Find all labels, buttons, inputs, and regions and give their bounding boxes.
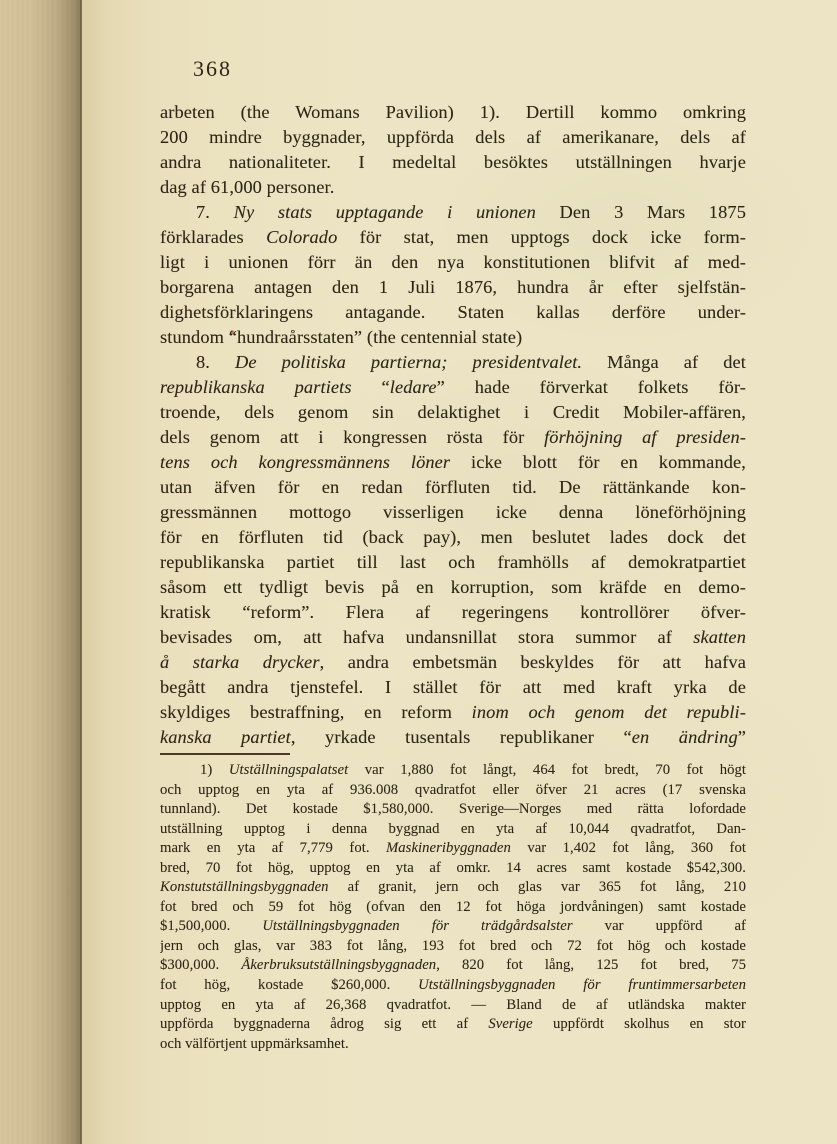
text-line: 1) Utställningspalatset var 1,880 fot lå… xyxy=(160,761,746,781)
text-segment: 7. xyxy=(196,202,234,222)
text-line: $300,000. Åkerbruksutställningsbyggnaden… xyxy=(160,956,746,976)
italic-text-segment: De politiska partierna; presidentvalet. xyxy=(235,352,582,372)
text-segment: , 820 fot lång, 125 fot bred, 75 xyxy=(436,957,746,973)
text-line: fot bred och 59 fot hög (ofvan den 12 fo… xyxy=(160,898,746,918)
text-segment: Den 3 Mars 1875 xyxy=(536,202,746,222)
italic-text-segment: tens och kongressmännens löner xyxy=(160,452,450,472)
text-line: 200 mindre byggnader, uppförda dels af a… xyxy=(160,125,746,150)
text-line: troende, dels genom sin delaktighet i Cr… xyxy=(160,400,746,425)
text-line: utställning upptog i denna byggnad en yt… xyxy=(160,820,746,840)
text-line: republikanska partiets “ledare” hade för… xyxy=(160,375,746,400)
text-line: andra nationaliteter. I medeltal besökte… xyxy=(160,150,746,175)
italic-text-segment: Utställningspalatset xyxy=(229,762,348,778)
text-line: jern och glas, var 383 fot lång, 193 fot… xyxy=(160,937,746,957)
text-line: utan äfven för en redan förfluten tid. D… xyxy=(160,475,746,500)
text-line: och upptog en yta af 936.008 qvadratfot … xyxy=(160,781,746,801)
text-line: såsom ett tydligt bevis på en korruption… xyxy=(160,575,746,600)
page-number: 368 xyxy=(193,56,232,82)
text-line: Konstutställningsbyggnaden af granit, je… xyxy=(160,878,746,898)
text-line: förklarades Colorado för stat, men uppto… xyxy=(160,225,746,250)
text-segment: Många af det xyxy=(582,352,746,372)
text-line: tens och kongressmännens löner icke blot… xyxy=(160,450,746,475)
italic-text-segment: Utställningsbyggnaden för trädgårdsalste… xyxy=(262,918,572,934)
text-segment: förklarades xyxy=(160,227,266,247)
text-segment: 200 mindre byggnader, uppförda dels af a… xyxy=(160,127,746,147)
text-segment: , yrkade tusentals republikaner “ xyxy=(291,727,632,747)
text-segment: uppfördt skolhus en stor xyxy=(533,1016,746,1032)
text-line: stundom “hundraårsstaten” (the centennia… xyxy=(160,325,746,350)
text-line: arbeten (the Womans Pavilion) 1). Dertil… xyxy=(160,100,746,125)
text-segment: dels genom att i kongressen rösta för xyxy=(160,427,544,447)
text-line: bred, 70 fot hög, upptog en yta af omkr.… xyxy=(160,859,746,879)
main-text-block: arbeten (the Womans Pavilion) 1). Dertil… xyxy=(160,100,746,750)
text-line: gressmännen mottogo visserligen icke den… xyxy=(160,500,746,525)
text-segment: för en förfluten tid (back pay), men bes… xyxy=(160,527,746,547)
footnote-block: 1) Utställningspalatset var 1,880 fot lå… xyxy=(160,761,746,1054)
text-segment: , andra embetsmän beskyldes för att hafv… xyxy=(320,652,746,672)
text-segment: tunnland). Det kostade $1,580,000. Sveri… xyxy=(160,801,746,817)
book-gutter-texture xyxy=(0,0,82,1144)
text-segment: dighetsförklaringens antagande. Staten k… xyxy=(160,302,746,322)
text-segment: kratisk “reform”. Flera af regeringens k… xyxy=(160,602,746,622)
text-line: dighetsförklaringens antagande. Staten k… xyxy=(160,300,746,325)
footnote-separator-rule xyxy=(160,753,290,755)
text-segment: andra nationaliteter. I medeltal besökte… xyxy=(160,152,746,172)
text-segment: ligt i unionen förr än den nya konstitut… xyxy=(160,252,746,272)
italic-text-segment: Sverige xyxy=(488,1016,532,1032)
text-line: tunnland). Det kostade $1,580,000. Sveri… xyxy=(160,800,746,820)
italic-text-segment: förhöjning af presiden- xyxy=(544,427,746,447)
text-segment: “ xyxy=(352,377,390,397)
italic-text-segment: en ändring xyxy=(632,727,738,747)
text-segment: borgarena antagen den 1 Juli 1876, hundr… xyxy=(160,277,746,297)
text-line: bevisades om, att hafva undansnillat sto… xyxy=(160,625,746,650)
text-line: kanska partiet, yrkade tusentals republi… xyxy=(160,725,746,750)
italic-text-segment: å starka drycker xyxy=(160,652,320,672)
italic-text-segment: kanska partiet xyxy=(160,727,291,747)
text-segment: mark en yta af 7,779 fot. xyxy=(160,840,386,856)
text-segment: utan äfven för en redan förfluten tid. D… xyxy=(160,477,746,497)
text-segment: stundom “hundraårsstaten” (the centennia… xyxy=(160,327,522,347)
text-segment: fot bred och 59 fot hög (ofvan den 12 fo… xyxy=(160,899,746,915)
text-line: dag af 61,000 personer. xyxy=(160,175,746,200)
text-segment: bevisades om, att hafva undansnillat sto… xyxy=(160,627,693,647)
text-segment: $1,500,000. xyxy=(160,918,262,934)
italic-text-segment: Ny stats upptagande i unionen xyxy=(234,202,536,222)
text-segment: uppförda byggnaderna ådrog sig ett af xyxy=(160,1016,488,1032)
book-page-scan: 368 arbeten (the Womans Pavilion) 1). De… xyxy=(0,0,837,1144)
text-line: å starka drycker, andra embetsmän beskyl… xyxy=(160,650,746,675)
text-segment: 8. xyxy=(196,352,235,372)
text-segment: och välförtjent uppmärksamhet. xyxy=(160,1036,349,1052)
italic-text-segment: skatten xyxy=(693,627,746,647)
text-segment: utställning upptog i denna byggnad en yt… xyxy=(160,821,746,837)
text-segment: icke blott för en kommande, xyxy=(450,452,746,472)
text-line: dels genom att i kongressen rösta för fö… xyxy=(160,425,746,450)
text-segment: var 1,402 fot lång, 360 fot xyxy=(511,840,746,856)
text-segment: fot hög, kostade $260,000. xyxy=(160,977,418,993)
text-line: för en förfluten tid (back pay), men bes… xyxy=(160,525,746,550)
italic-text-segment: republikanska partiets xyxy=(160,377,352,397)
text-segment: jern och glas, var 383 fot lång, 193 fot… xyxy=(160,938,746,954)
text-segment: bred, 70 fot hög, upptog en yta af omkr.… xyxy=(160,860,746,876)
text-line: uppförda byggnaderna ådrog sig ett af Sv… xyxy=(160,1015,746,1035)
text-segment: för stat, men upptogs dock icke form- xyxy=(337,227,746,247)
text-line: och välförtjent uppmärksamhet. xyxy=(160,1035,746,1055)
text-segment: skyldiges bestraffning, en reform xyxy=(160,702,472,722)
text-line: skyldiges bestraffning, en reform inom o… xyxy=(160,700,746,725)
text-line: borgarena antagen den 1 Juli 1876, hundr… xyxy=(160,275,746,300)
text-segment: ” xyxy=(738,727,746,747)
text-segment: upptog en yta af 26,368 qvadratfot. — Bl… xyxy=(160,997,746,1013)
italic-text-segment: Colorado xyxy=(266,227,337,247)
page-surface: 368 arbeten (the Womans Pavilion) 1). De… xyxy=(82,0,837,1144)
text-segment: begått andra tjenstefel. I stället för a… xyxy=(160,677,746,697)
italic-text-segment: ledare xyxy=(390,377,437,397)
text-segment: $300,000. xyxy=(160,957,241,973)
text-segment: af granit, jern och glas var 365 fot lån… xyxy=(329,879,746,895)
text-segment: var 1,880 fot långt, 464 fot bredt, 70 f… xyxy=(348,762,746,778)
text-segment: och upptog en yta af 936.008 qvadratfot … xyxy=(160,782,746,798)
text-line: fot hög, kostade $260,000. Utställningsb… xyxy=(160,976,746,996)
italic-text-segment: Utställningsbyggnaden för fruntimmersarb… xyxy=(418,977,746,993)
text-segment: arbeten (the Womans Pavilion) 1). Dertil… xyxy=(160,102,746,122)
text-segment: troende, dels genom sin delaktighet i Cr… xyxy=(160,402,746,422)
text-line: 8. De politiska partierna; presidentvale… xyxy=(160,350,746,375)
text-line: upptog en yta af 26,368 qvadratfot. — Bl… xyxy=(160,996,746,1016)
text-line: begått andra tjenstefel. I stället för a… xyxy=(160,675,746,700)
text-line: $1,500,000. Utställningsbyggnaden för tr… xyxy=(160,917,746,937)
italic-text-segment: Åkerbruksutställningsbyggnaden xyxy=(241,957,436,973)
text-segment: 1) xyxy=(200,762,229,778)
text-line: kratisk “reform”. Flera af regeringens k… xyxy=(160,600,746,625)
text-line: 7. Ny stats upptagande i unionen Den 3 M… xyxy=(160,200,746,225)
text-segment: såsom ett tydligt bevis på en korruption… xyxy=(160,577,746,597)
italic-text-segment: Konstutställningsbyggnaden xyxy=(160,879,329,895)
text-segment: gressmännen mottogo visserligen icke den… xyxy=(160,502,746,522)
text-line: mark en yta af 7,779 fot. Maskineribyggn… xyxy=(160,839,746,859)
italic-text-segment: inom och genom det republi- xyxy=(472,702,746,722)
text-segment: republikanska partiet till last och fram… xyxy=(160,552,746,572)
text-line: ligt i unionen förr än den nya konstitut… xyxy=(160,250,746,275)
text-segment: ” hade förverkat folkets för- xyxy=(437,377,746,397)
text-segment: dag af 61,000 personer. xyxy=(160,177,334,197)
text-line: republikanska partiet till last och fram… xyxy=(160,550,746,575)
italic-text-segment: Maskineribyggnaden xyxy=(386,840,511,856)
text-segment: var uppförd af xyxy=(573,918,746,934)
